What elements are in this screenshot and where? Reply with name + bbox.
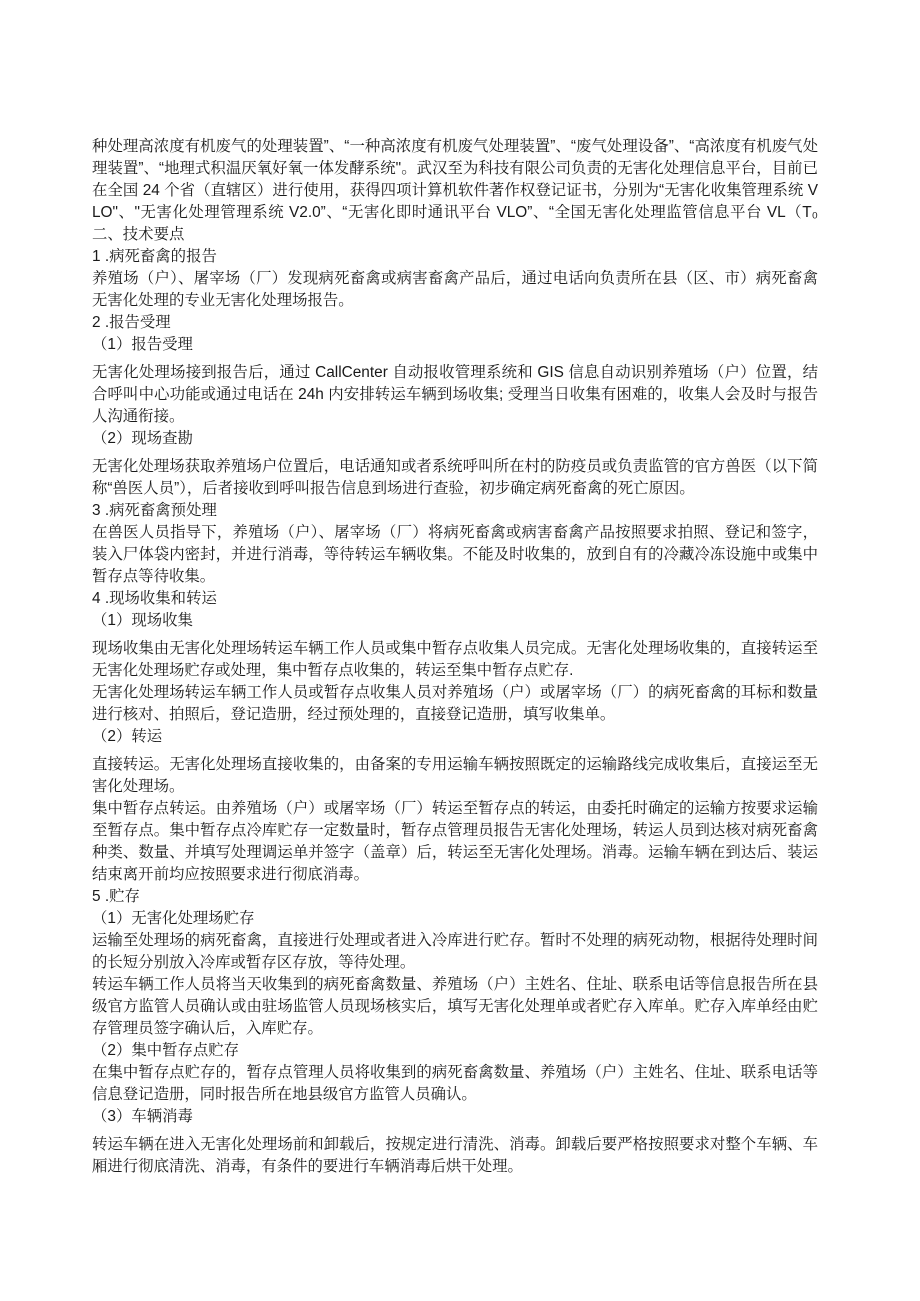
document-content: 种处理高浓度有机废气的处理装置”、“一种高浓度有机废气处理装置”、“废气处理设备… [92, 136, 818, 1178]
body-paragraph: 在集中暂存点贮存的，暂存点管理人员将收集到的病死畜禽数量、养殖场（户）主姓名、住… [92, 1062, 818, 1106]
numbered-heading-4: 4 .现场收集和转运 [92, 588, 818, 610]
body-paragraph: 在兽医人员指导下，养殖场（户）、屠宰场（厂）将病死畜禽或病害畜禽产品按照要求拍照… [92, 522, 818, 588]
body-paragraph: 运输至处理场的病死畜禽，直接进行处理或者进入冷库进行贮存。暂时不处理的病死动物，… [92, 930, 818, 974]
body-paragraph: 现场收集由无害化处理场转运车辆工作人员或集中暂存点收集人员完成。无害化处理场收集… [92, 638, 818, 682]
document-page: 种处理高浓度有机废气的处理装置”、“一种高浓度有机废气处理装置”、“废气处理设备… [0, 0, 920, 1301]
body-paragraph: 养殖场（户）、屠宰场（厂）发现病死畜禽或病害畜禽产品后，通过电话向负责所在县（区… [92, 268, 818, 312]
sub-heading-2-2: （2）现场查勘 [92, 428, 818, 450]
body-paragraph: 无害化处理场转运车辆工作人员或暂存点收集人员对养殖场（户）或屠宰场（厂）的病死畜… [92, 682, 818, 726]
body-paragraph-continuation: 种处理高浓度有机废气的处理装置”、“一种高浓度有机废气处理装置”、“废气处理设备… [92, 136, 818, 246]
numbered-heading-1: 1 .病死畜禽的报告 [92, 246, 818, 268]
sub-heading-5-1: （1）无害化处理场贮存 [92, 908, 818, 930]
numbered-heading-3: 3 .病死畜禽预处理 [92, 500, 818, 522]
body-paragraph: 无害化处理场获取养殖场户位置后，电话通知或者系统呼叫所在村的防疫员或负责监管的官… [92, 456, 818, 500]
sub-heading-2-1: （1）报告受理 [92, 334, 818, 356]
body-paragraph: 集中暂存点转运。由养殖场（户）或屠宰场（厂）转运至暂存点的转运，由委托时确定的运… [92, 798, 818, 886]
body-paragraph: 无害化处理场接到报告后，通过 CallCenter 自动报收管理系统和 GIS … [92, 362, 818, 428]
body-paragraph: 转运车辆工作人员将当天收集到的病死畜禽数量、养殖场（户）主姓名、住址、联系电话等… [92, 974, 818, 1040]
sub-heading-4-1: （1）现场收集 [92, 610, 818, 632]
body-paragraph: 转运车辆在进入无害化处理场前和卸载后，按规定进行清洗、消毒。卸载后要严格按照要求… [92, 1134, 818, 1178]
sub-heading-5-3: （3）车辆消毒 [92, 1106, 818, 1128]
sub-heading-5-2: （2）集中暂存点贮存 [92, 1040, 818, 1062]
numbered-heading-5: 5 .贮存 [92, 886, 818, 908]
sub-heading-4-2: （2）转运 [92, 726, 818, 748]
body-paragraph: 直接转运。无害化处理场直接收集的，由备案的专用运输车辆按照既定的运输路线完成收集… [92, 754, 818, 798]
numbered-heading-2: 2 .报告受理 [92, 312, 818, 334]
